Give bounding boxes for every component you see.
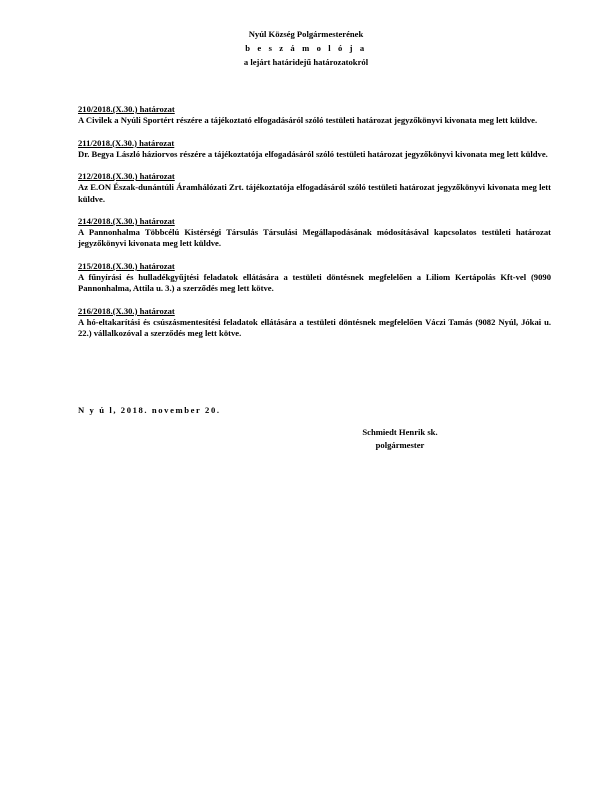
resolution-title: 214/2018.(X.30.) határozat (78, 216, 175, 227)
document-body: 210/2018.(X.30.) határozat A Civilek a N… (78, 104, 551, 350)
header-subtitle: b e s z á m o l ó j a (0, 41, 612, 55)
resolution-item: 212/2018.(X.30.) határozat Az E.ON Észak… (78, 171, 551, 205)
resolution-title: 212/2018.(X.30.) határozat (78, 171, 175, 182)
header-topic: a lejárt határidejű határozatokról (0, 55, 612, 69)
resolution-item: 210/2018.(X.30.) határozat A Civilek a N… (78, 104, 551, 126)
header-title: Nyúl Község Polgármesterének (0, 27, 612, 41)
resolution-item: 211/2018.(X.30.) határozat Dr. Begya Lás… (78, 138, 551, 160)
resolution-text: A Civilek a Nyúli Sportért részére a táj… (78, 115, 551, 126)
document-header: Nyúl Község Polgármesterének b e s z á m… (0, 27, 612, 69)
place-date: N y ú l, 2018. november 20. (78, 405, 221, 415)
resolution-text: Dr. Begya László háziorvos részére a táj… (78, 149, 551, 160)
resolution-item: 216/2018.(X.30.) határozat A hó-eltakarí… (78, 306, 551, 340)
resolution-text: Az E.ON Észak-dunántúli Áramhálózati Zrt… (78, 182, 551, 204)
resolution-text: A Pannonhalma Többcélú Kistérségi Társul… (78, 227, 551, 249)
resolution-title: 211/2018.(X.30.) határozat (78, 138, 174, 149)
document-page: Nyúl Község Polgármesterének b e s z á m… (0, 0, 612, 792)
resolution-text: A fűnyírási és hulladékgyűjtési feladato… (78, 272, 551, 294)
resolution-title: 215/2018.(X.30.) határozat (78, 261, 175, 272)
resolution-item: 214/2018.(X.30.) határozat A Pannonhalma… (78, 216, 551, 250)
signatory-title: polgármester (352, 439, 448, 452)
resolution-text: A hó-eltakarítási és csúszásmentesítési … (78, 317, 551, 339)
signature-block: Schmiedt Henrik sk. polgármester (352, 426, 448, 452)
resolution-title: 216/2018.(X.30.) határozat (78, 306, 175, 317)
resolution-item: 215/2018.(X.30.) határozat A fűnyírási é… (78, 261, 551, 295)
signatory-name: Schmiedt Henrik sk. (352, 426, 448, 439)
place-date-text: N y ú l, 2018. november 20. (78, 405, 221, 415)
resolution-title: 210/2018.(X.30.) határozat (78, 104, 175, 115)
